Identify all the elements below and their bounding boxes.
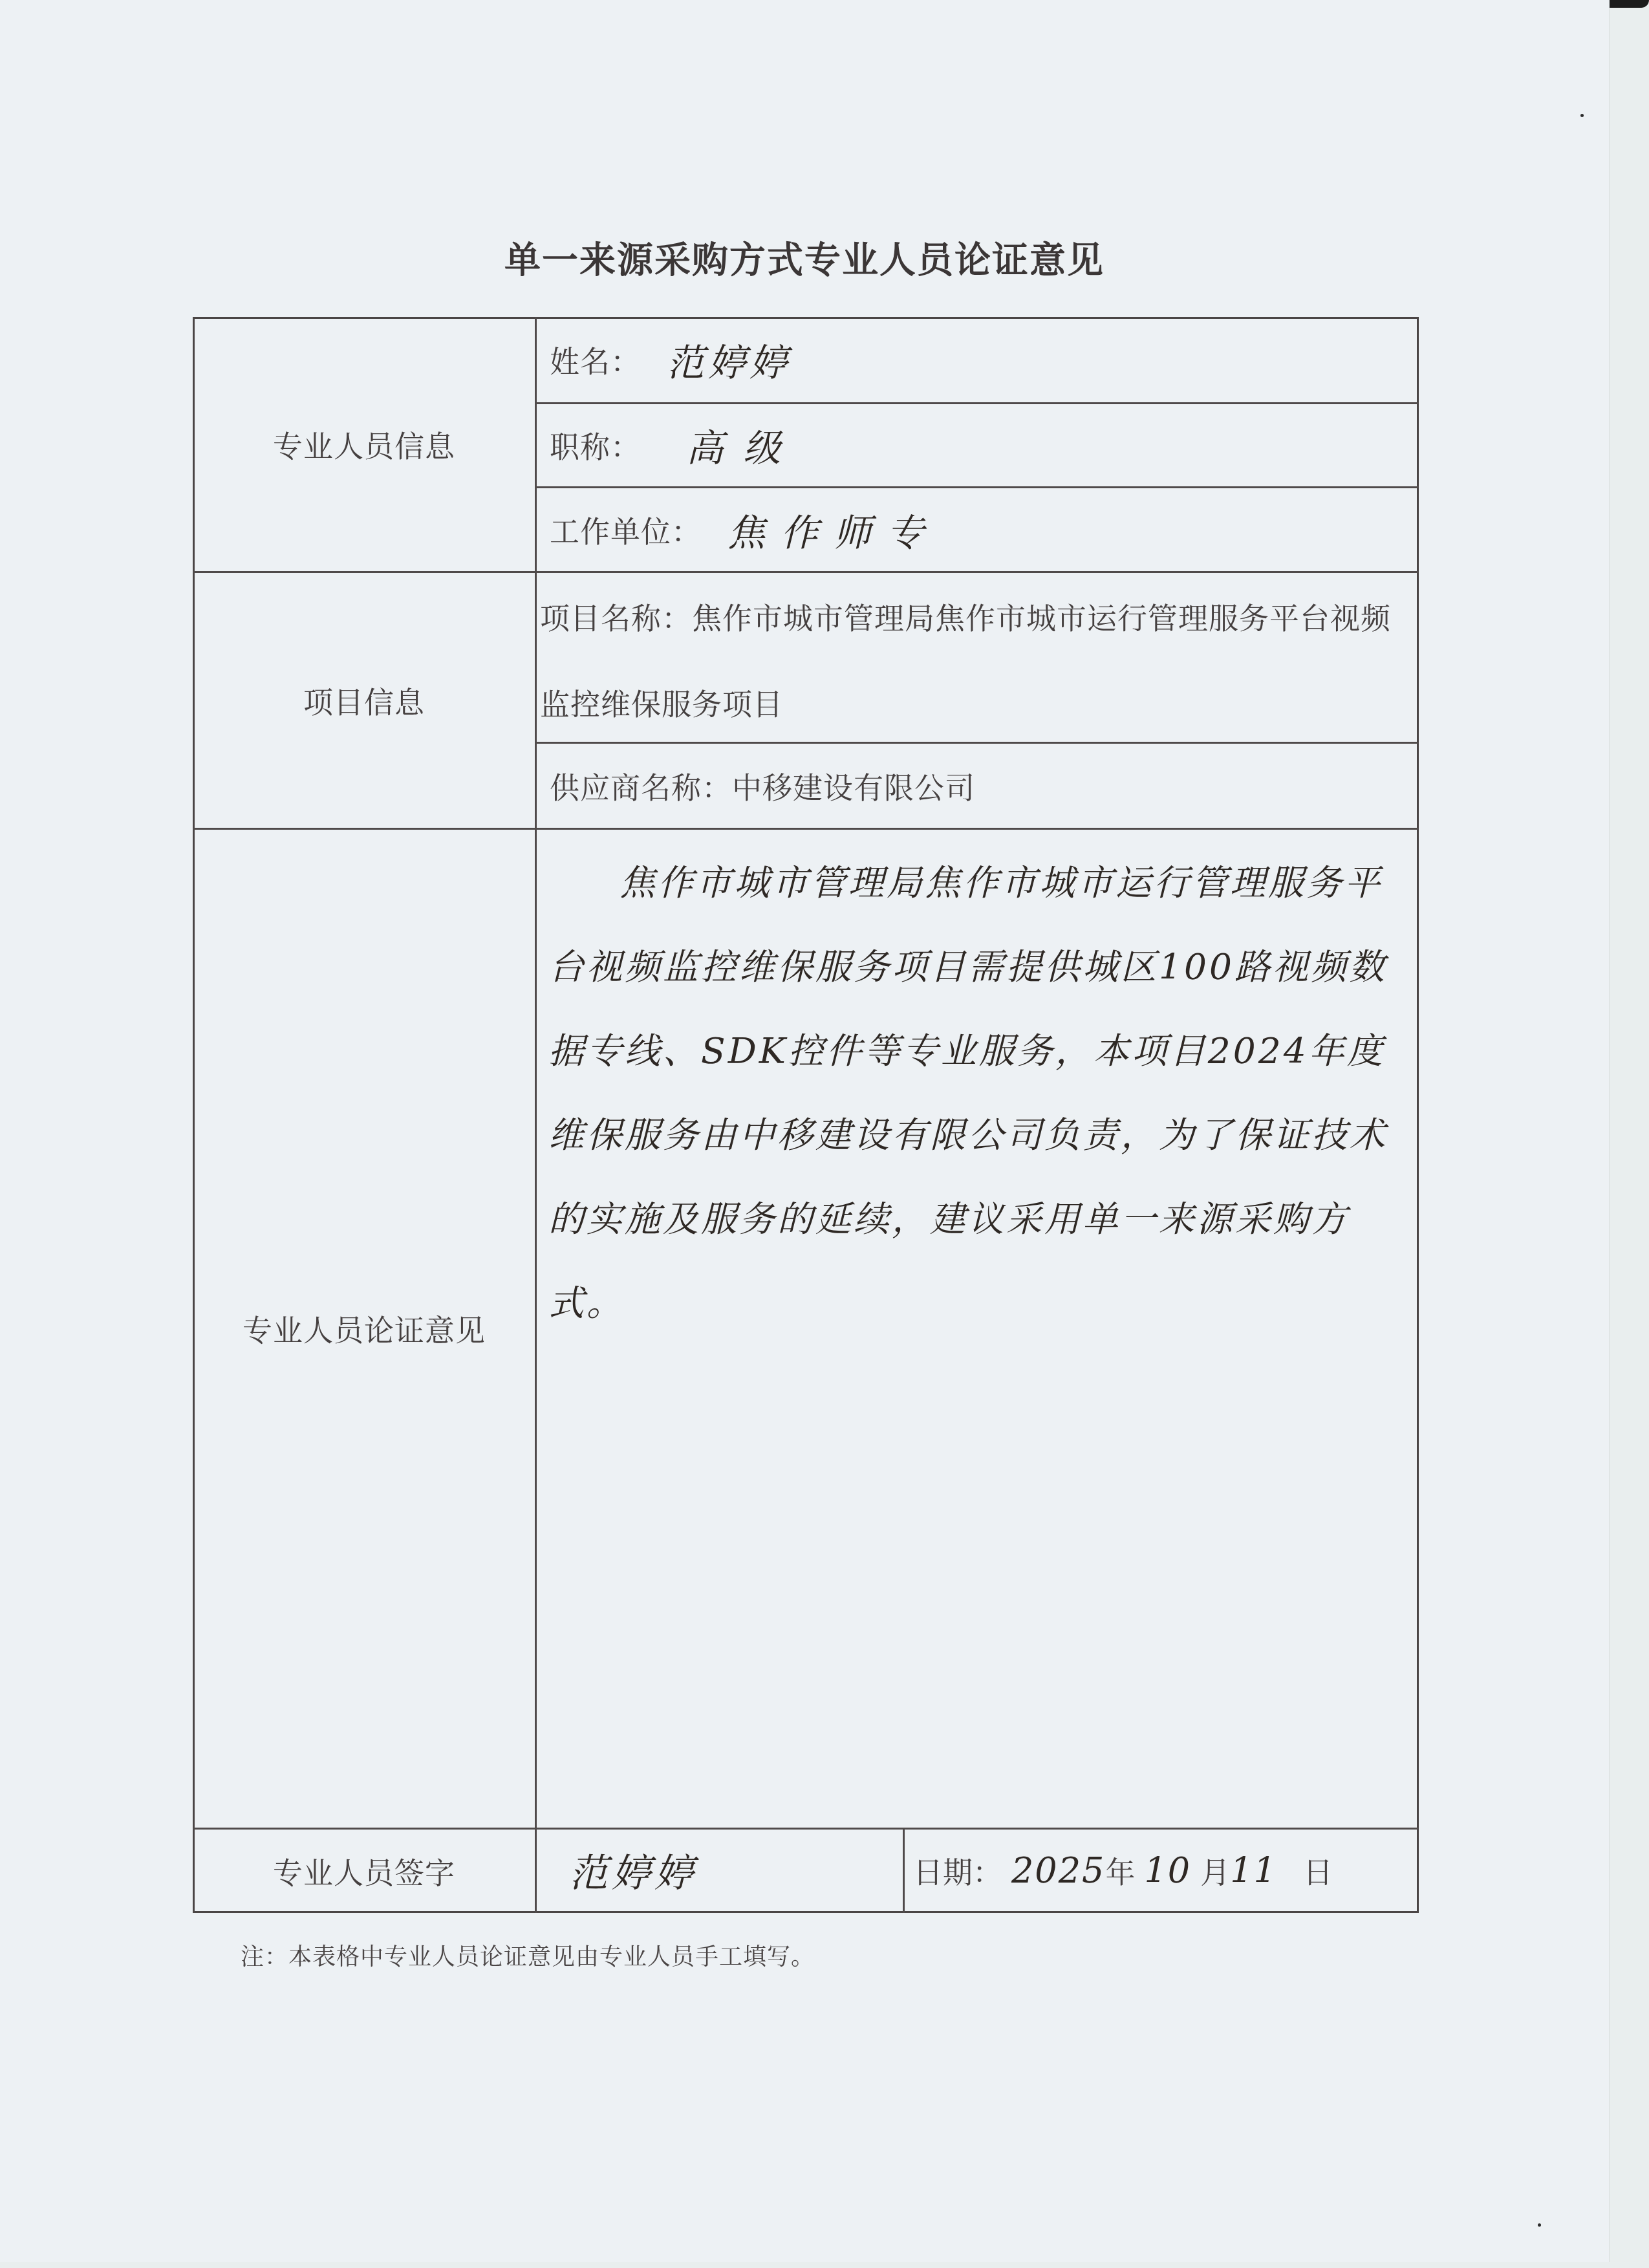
employer-field: 工作单位： 焦作师专 [550, 487, 940, 572]
scan-speck [1580, 114, 1584, 117]
name-label: 姓名： [550, 338, 641, 381]
scan-speck [1538, 2223, 1541, 2227]
date-year-unit: 年 [1105, 1849, 1135, 1892]
employer-value: 焦作师专 [727, 502, 940, 557]
title-value: 高级 [686, 418, 800, 472]
project-name-label: 项目名称： [540, 601, 692, 636]
form-footnote: 注：本表格中专业人员论证意见由专业人员手工填写。 [241, 1939, 815, 1972]
supplier-value: 中移建设有限公司 [732, 764, 975, 807]
project-name-field: 项目名称：焦作市城市管理局焦作市城市运行管理服务平台视频监控维保服务项目 [540, 576, 1413, 748]
date-day: 11 [1230, 1850, 1277, 1891]
signature-label: 专业人员签字 [193, 1828, 535, 1913]
expert-info-label: 专业人员信息 [193, 317, 535, 572]
document-title: 单一来源采购方式专业人员论证意见 [0, 232, 1609, 283]
date-field: 日期： 2025 年 10 月 11 日 [913, 1828, 1333, 1913]
expert-signature: 范婷婷 [569, 1828, 697, 1913]
title-label: 职称： [550, 424, 641, 466]
expert-opinion-text: 焦作市城市管理局焦作市城市运行管理服务平台视频监控维保服务项目需提供城区100路… [548, 841, 1408, 1345]
date-month: 10 [1144, 1850, 1191, 1891]
date-year: 2025 [1011, 1850, 1105, 1891]
name-value: 范婷婷 [667, 332, 791, 387]
expert-opinion-label: 专业人员论证意见 [193, 828, 535, 1828]
title-field: 职称： 高级 [550, 403, 800, 487]
supplier-label: 供应商名称： [550, 764, 732, 807]
date-month-unit: 月 [1200, 1849, 1230, 1892]
scan-edge-shadow [1610, 0, 1649, 8]
name-field: 姓名： 范婷婷 [550, 317, 791, 402]
project-info-label: 项目信息 [193, 572, 535, 828]
employer-label: 工作单位： [550, 508, 702, 551]
date-label: 日期： [913, 1849, 1002, 1892]
supplier-field: 供应商名称： 中移建设有限公司 [550, 742, 975, 828]
scanned-page: 单一来源采购方式专业人员论证意见 专业人员信息 姓名： 范婷婷 职称： 高级 工… [0, 0, 1609, 2262]
column-divider [903, 1828, 905, 1913]
date-day-unit: 日 [1303, 1849, 1333, 1892]
